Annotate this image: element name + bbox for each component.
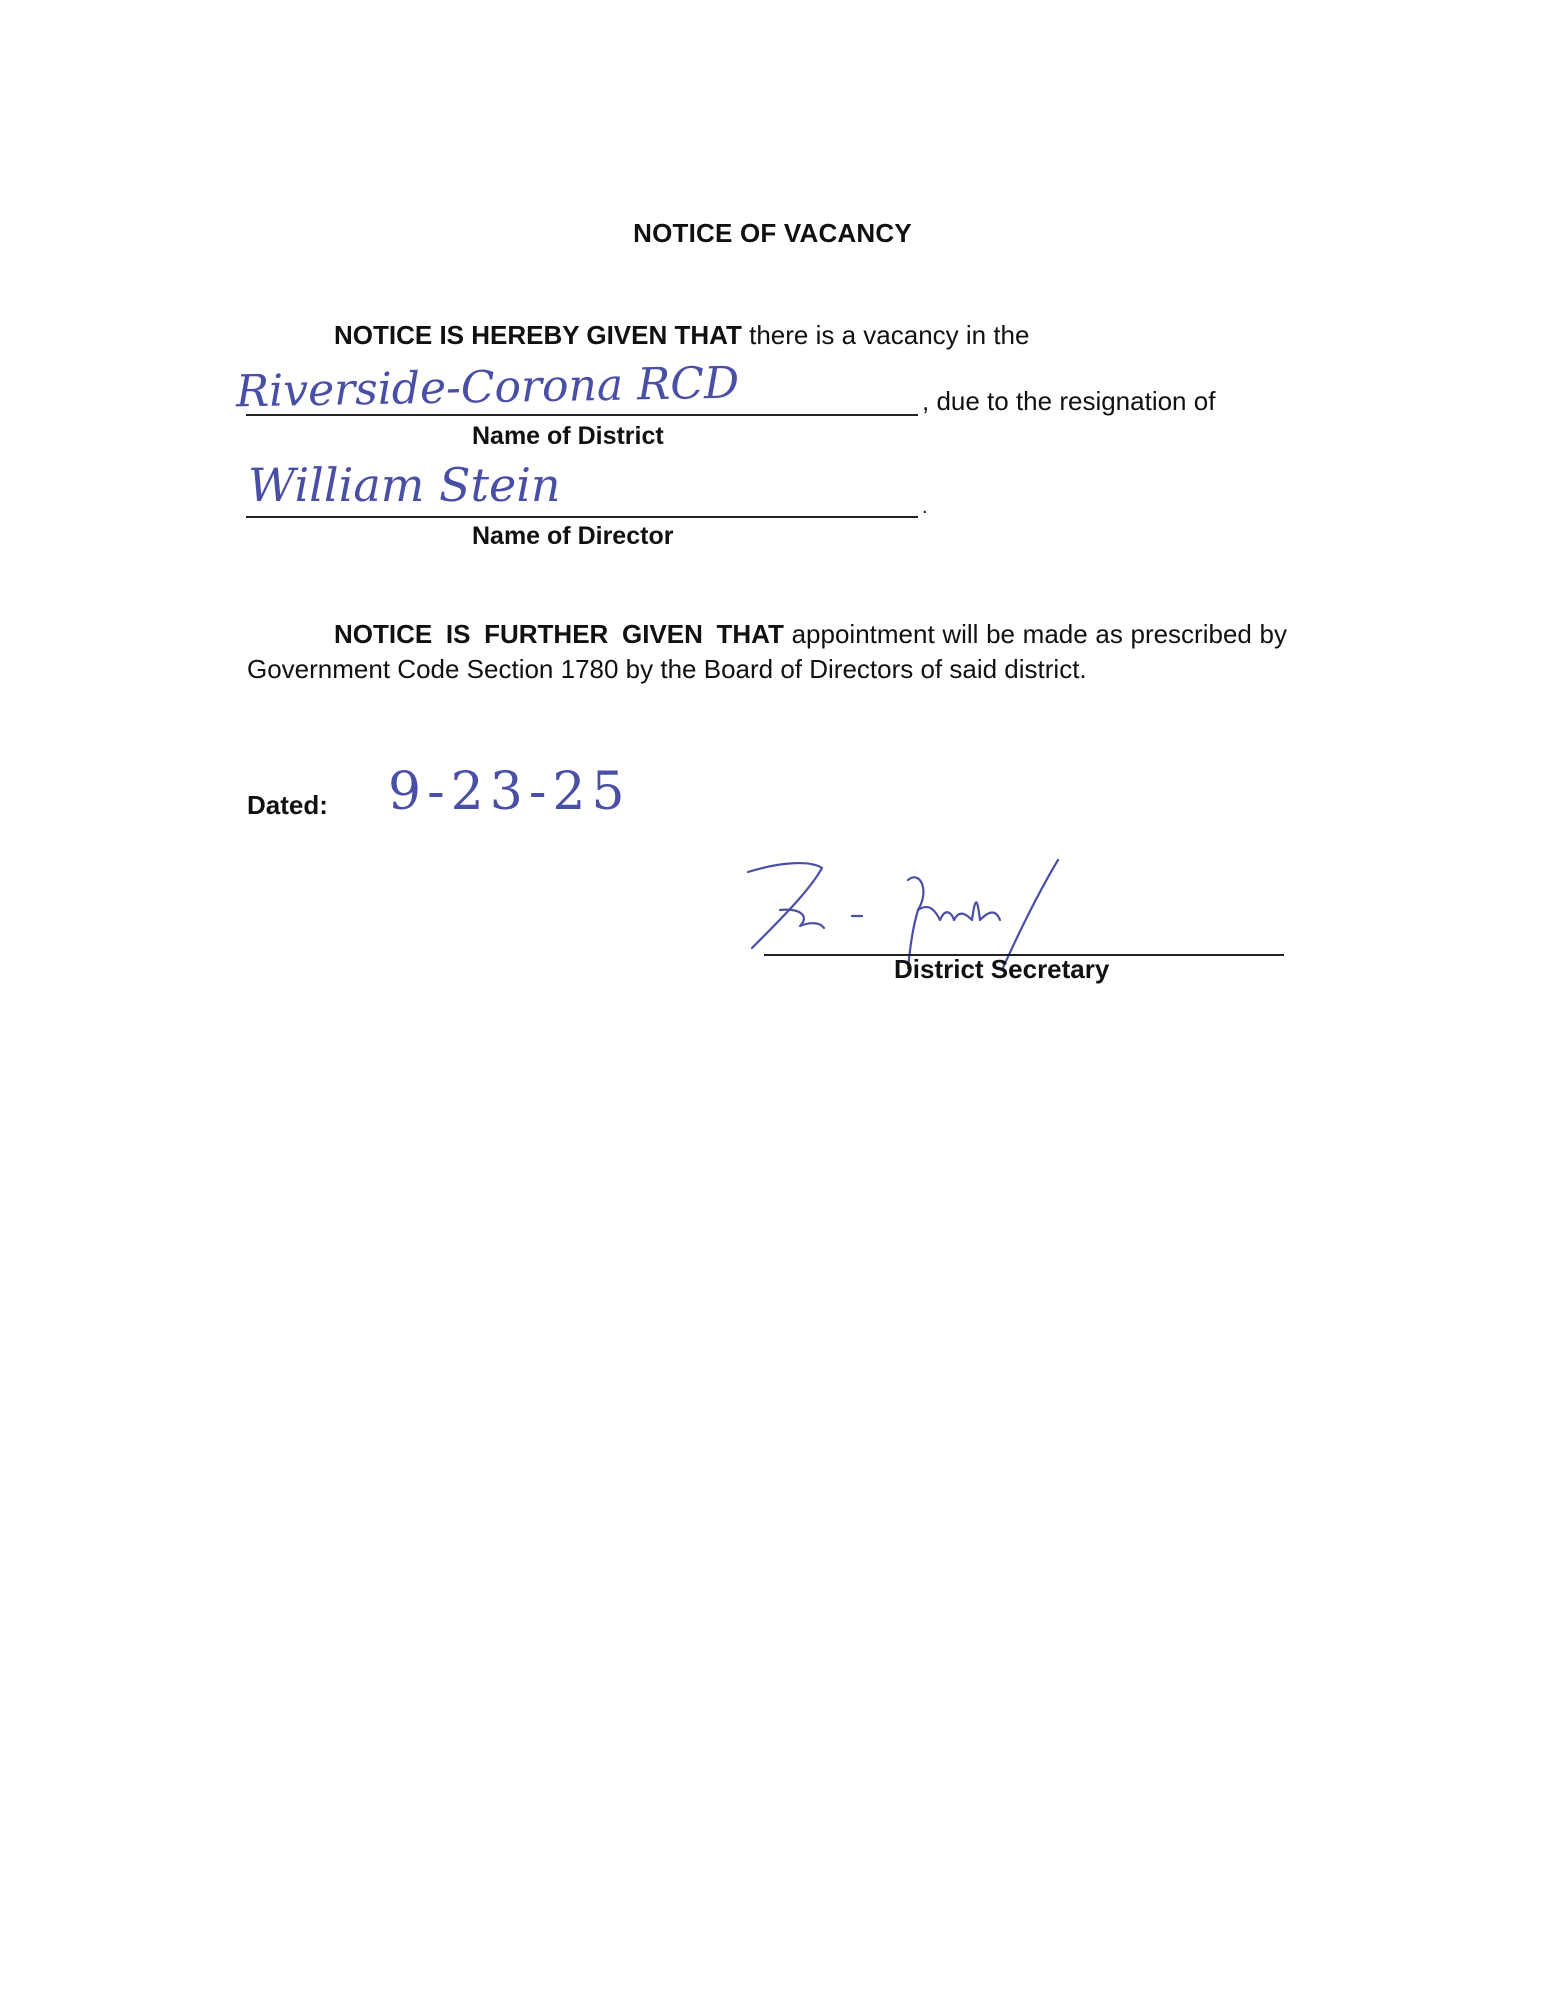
signature-scribble — [740, 850, 1220, 970]
date-handwriting: 9-23-25 — [388, 762, 631, 822]
dated-label: Dated: — [247, 790, 328, 821]
signature-caption: District Secretary — [894, 954, 1109, 985]
director-name-caption: Name of Director — [472, 522, 673, 551]
district-name-caption: Name of District — [472, 422, 664, 451]
vacancy-statement-lead: NOTICE IS HEREBY GIVEN THAT — [334, 320, 742, 350]
director-name-handwriting: William Stein — [248, 458, 561, 512]
vacancy-statement: NOTICE IS HEREBY GIVEN THAT there is a v… — [334, 320, 1029, 351]
appointment-statement: NOTICE IS FURTHER GIVEN THAT appointment… — [247, 617, 1287, 687]
district-name-handwriting: Riverside-Corona RCD — [236, 358, 740, 418]
district-name-line — [246, 414, 918, 416]
director-name-line — [246, 516, 918, 518]
document-title: NOTICE OF VACANCY — [0, 218, 1545, 249]
director-line-period: . — [922, 496, 928, 519]
vacancy-statement-text: there is a vacancy in the — [742, 320, 1030, 350]
resignation-text: , due to the resignation of — [922, 386, 1215, 417]
appointment-statement-lead: NOTICE IS FURTHER GIVEN THAT — [334, 619, 784, 649]
